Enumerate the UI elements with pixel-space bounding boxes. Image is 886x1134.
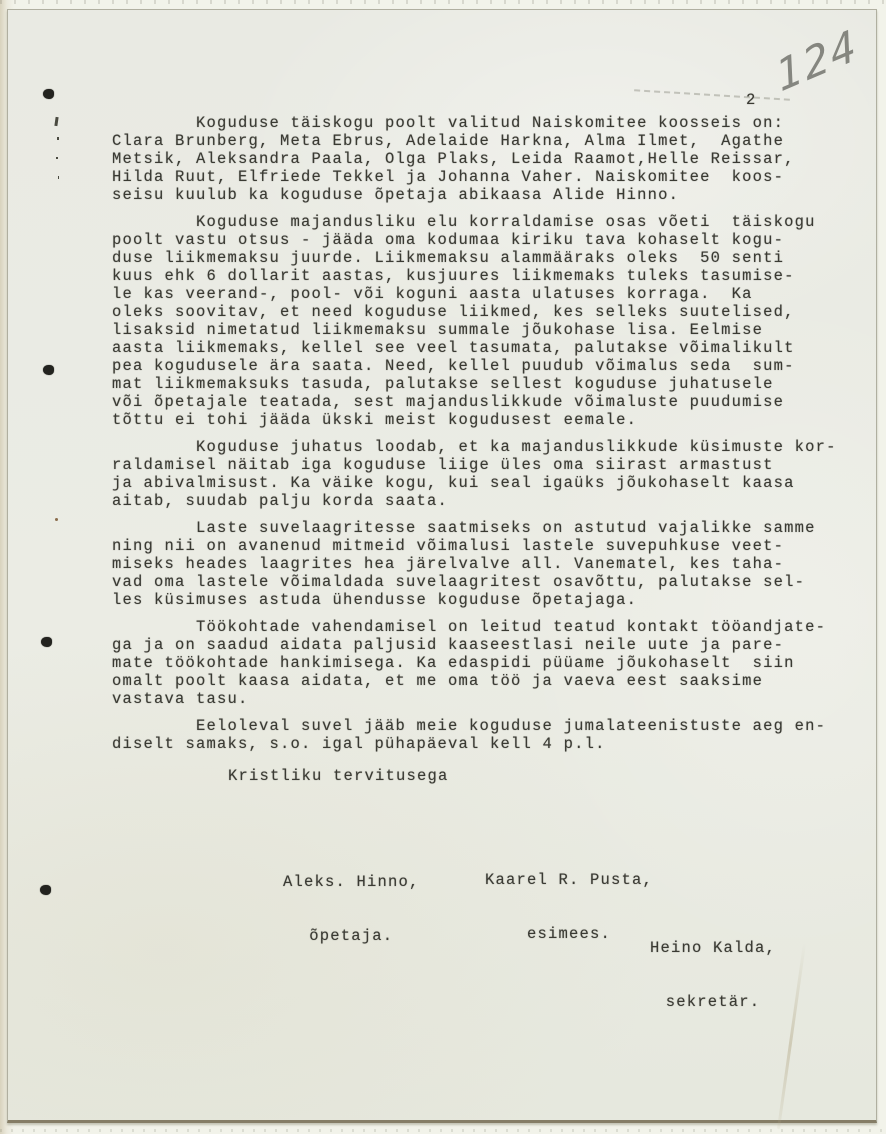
signature-name: Heino Kalda, (650, 939, 776, 957)
pencil-dash-mark (634, 89, 790, 101)
paragraph-juhatus: Koguduse juhatus loodab, et ka majandusl… (112, 438, 818, 510)
paragraph-tookohad: Töökohtade vahendamisel on leitud teatud… (112, 618, 818, 708)
paragraph-jumalateenistused: Eeloleval suvel jääb meie koguduse jumal… (112, 717, 818, 753)
signature-title: sekretär. (650, 993, 776, 1011)
punch-hole-mark (43, 89, 54, 99)
handwritten-folio-number: 124 (772, 19, 863, 101)
signature-title: õpetaja. (283, 927, 420, 945)
ink-speck (58, 176, 59, 179)
paragraph-naiskomitee: Koguduse täiskogu poolt valitud Naiskomi… (112, 114, 818, 204)
paper-sheet: 124 2 Koguduse täiskogu poolt valitud Na… (7, 9, 877, 1123)
scan-edge-noise-top (0, 0, 886, 4)
punch-hole-mark (43, 365, 54, 375)
paragraph-liikmemaks: Koguduse majandusliku elu korraldamise o… (112, 213, 818, 429)
closing-salutation: Kristliku tervitusega (112, 767, 818, 785)
paper-crease (777, 943, 806, 1130)
punch-hole-mark (41, 637, 52, 647)
signature-name: Kaarel R. Pusta, (485, 871, 653, 889)
scan-edge-noise-bottom (0, 1129, 886, 1132)
ink-speck (54, 117, 58, 126)
signature-block-sekretar: Heino Kalda, sekretär. (650, 903, 776, 1047)
punch-hole-mark (40, 885, 51, 895)
signature-block-esimees: Kaarel R. Pusta, esimees. (485, 835, 653, 979)
signature-title: esimees. (485, 925, 653, 943)
page-number: 2 (746, 91, 757, 109)
letter-body: Koguduse täiskogu poolt valitud Naiskomi… (112, 114, 818, 794)
paragraph-suvelaagrid: Laste suvelaagritesse saatmiseks on astu… (112, 519, 818, 609)
signature-name: Aleks. Hinno, (283, 873, 420, 891)
scanned-document: 124 2 Koguduse täiskogu poolt valitud Na… (0, 0, 886, 1134)
ink-speck (56, 157, 58, 159)
paper-stain (55, 518, 58, 521)
signature-block-opetaja: Aleks. Hinno, õpetaja. (283, 837, 420, 981)
ink-speck (57, 137, 59, 140)
